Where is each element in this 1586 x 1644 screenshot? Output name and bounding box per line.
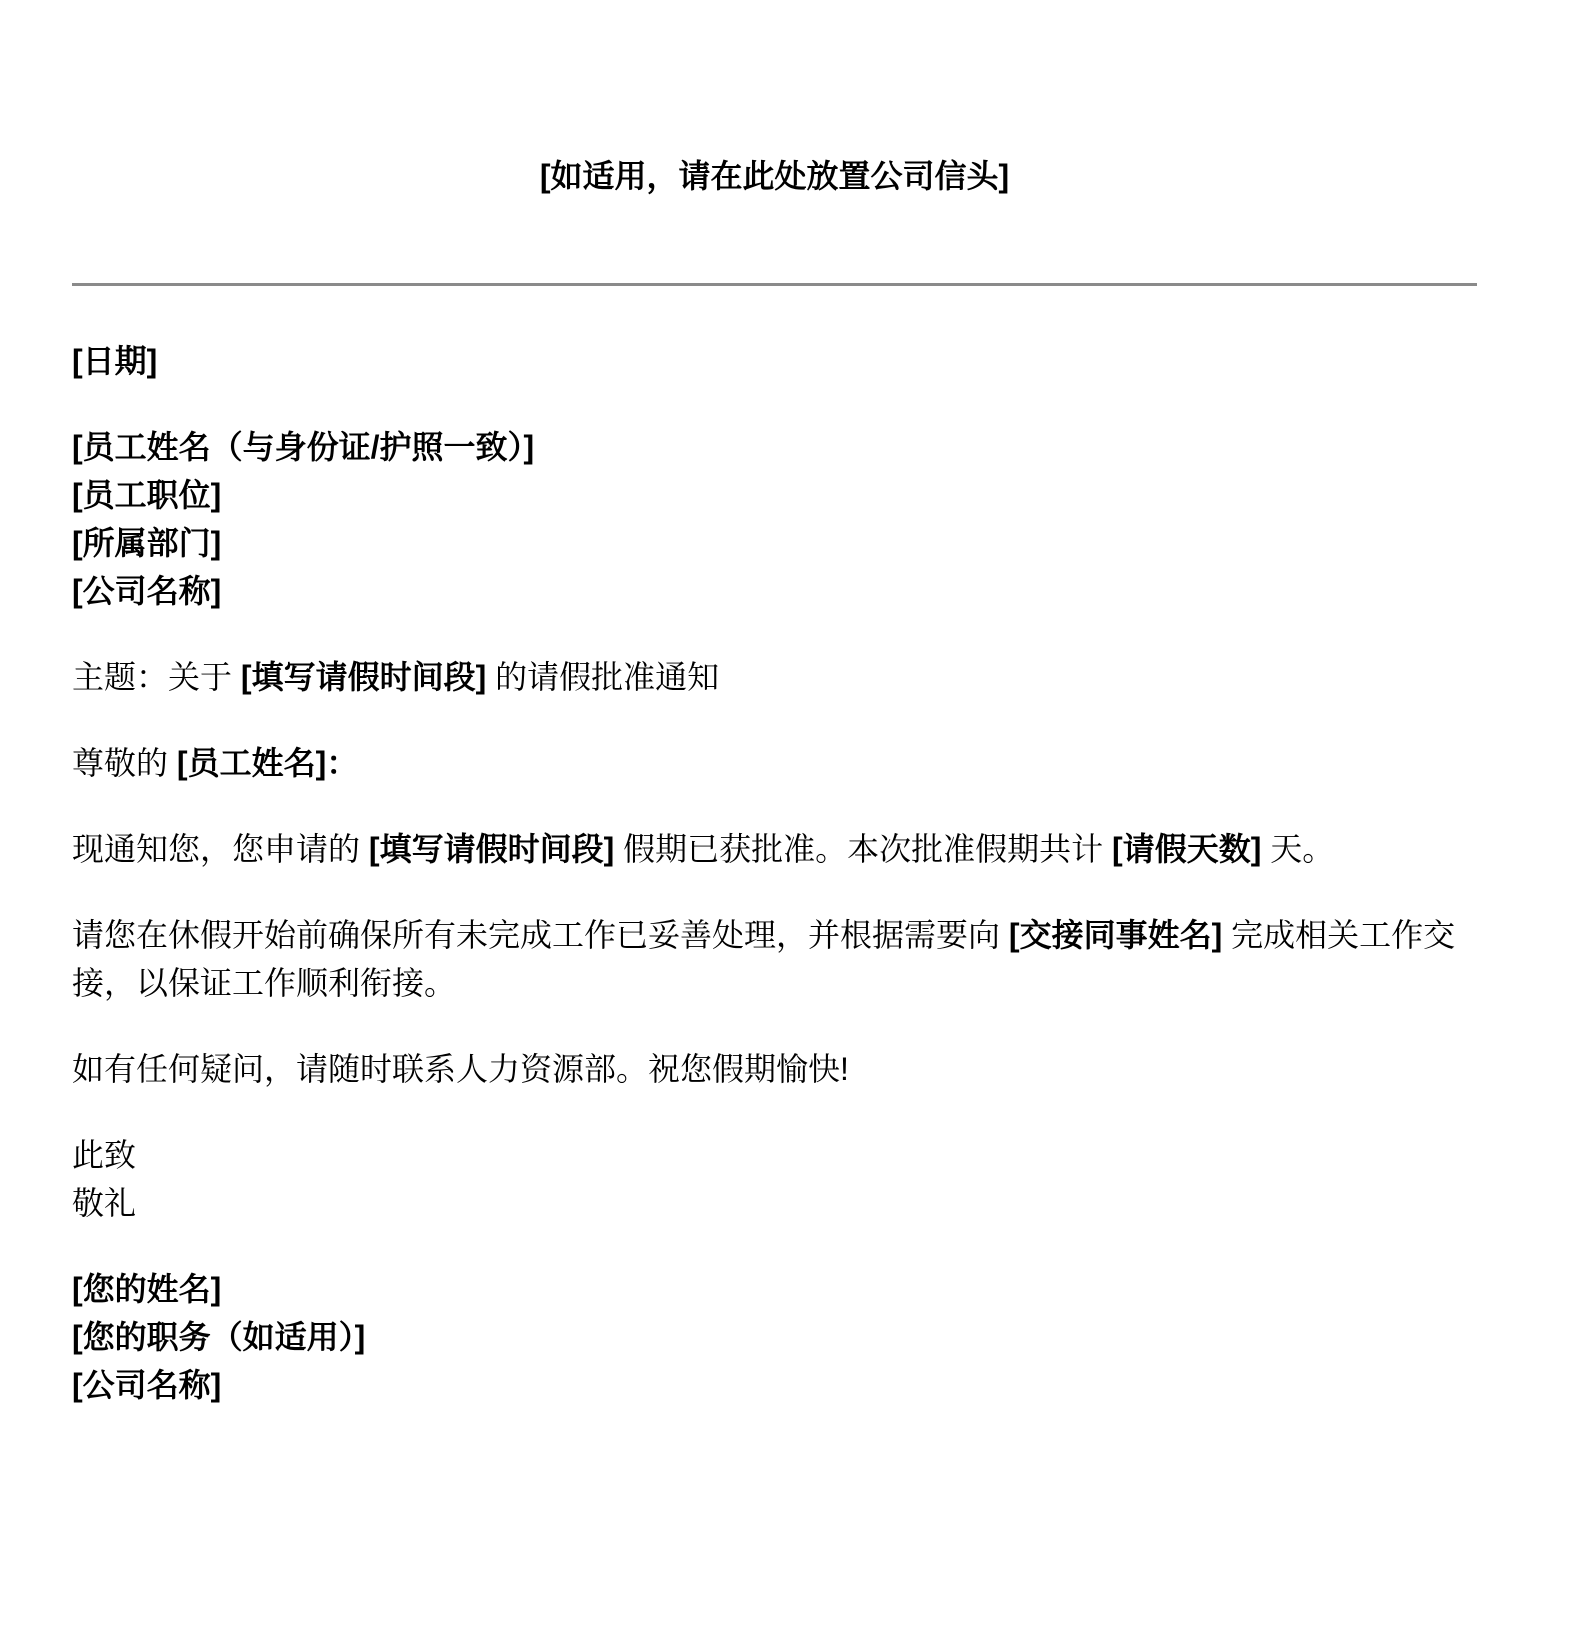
body-paragraph-handover: 请您在休假开始前确保所有未完成工作已妥善处理，并根据需要向 [交接同事姓名] 完… [72,911,1477,1007]
salutation-prefix: 尊敬的 [72,745,177,781]
letterhead-placeholder: [如适用，请在此处放置公司信头] [72,152,1477,200]
signature-title: [您的职务（如适用）] [72,1319,365,1355]
signature-block: [您的姓名] [您的职务（如适用）] [公司名称] [72,1265,1477,1409]
recipient-title: [员工职位] [72,477,221,513]
subject-prefix: 主题：关于 [72,659,241,695]
closing-line-1: 此致 [72,1137,136,1173]
recipient-department: [所属部门] [72,525,221,561]
leave-days-placeholder: [请假天数] [1112,831,1261,867]
closing: 此致 敬礼 [72,1131,1477,1227]
signature-company: [公司名称] [72,1367,221,1403]
body-paragraph-contact: 如有任何疑问，请随时联系人力资源部。祝您假期愉快! [72,1045,1477,1093]
subject-line: 主题：关于 [填写请假时间段] 的请假批准通知 [72,653,1477,701]
letter-document: [如适用，请在此处放置公司信头] [日期] [员工姓名（与身份证/护照一致）] … [0,0,1586,1644]
signature-name: [您的姓名] [72,1271,221,1307]
subject-period-placeholder: [填写请假时间段] [241,659,486,695]
salutation-colon: ： [326,745,358,781]
salutation: 尊敬的 [员工姓名]： [72,739,1477,787]
recipient-company: [公司名称] [72,573,221,609]
handover-colleague-placeholder: [交接同事姓名] [1009,917,1222,953]
salutation-name-placeholder: [员工姓名]： [177,745,358,781]
recipient-name: [员工姓名（与身份证/护照一致）] [72,429,534,465]
divider [72,283,1477,286]
leave-period-placeholder: [填写请假时间段] [369,831,614,867]
recipient-block: [员工姓名（与身份证/护照一致）] [员工职位] [所属部门] [公司名称] [72,423,1477,615]
body-paragraph-approval: 现通知您，您申请的 [填写请假时间段] 假期已获批准。本次批准假期共计 [请假天… [72,825,1477,873]
date-placeholder: [日期] [72,337,1477,385]
subject-suffix: 的请假批准通知 [486,659,719,695]
closing-line-2: 敬礼 [72,1185,136,1221]
